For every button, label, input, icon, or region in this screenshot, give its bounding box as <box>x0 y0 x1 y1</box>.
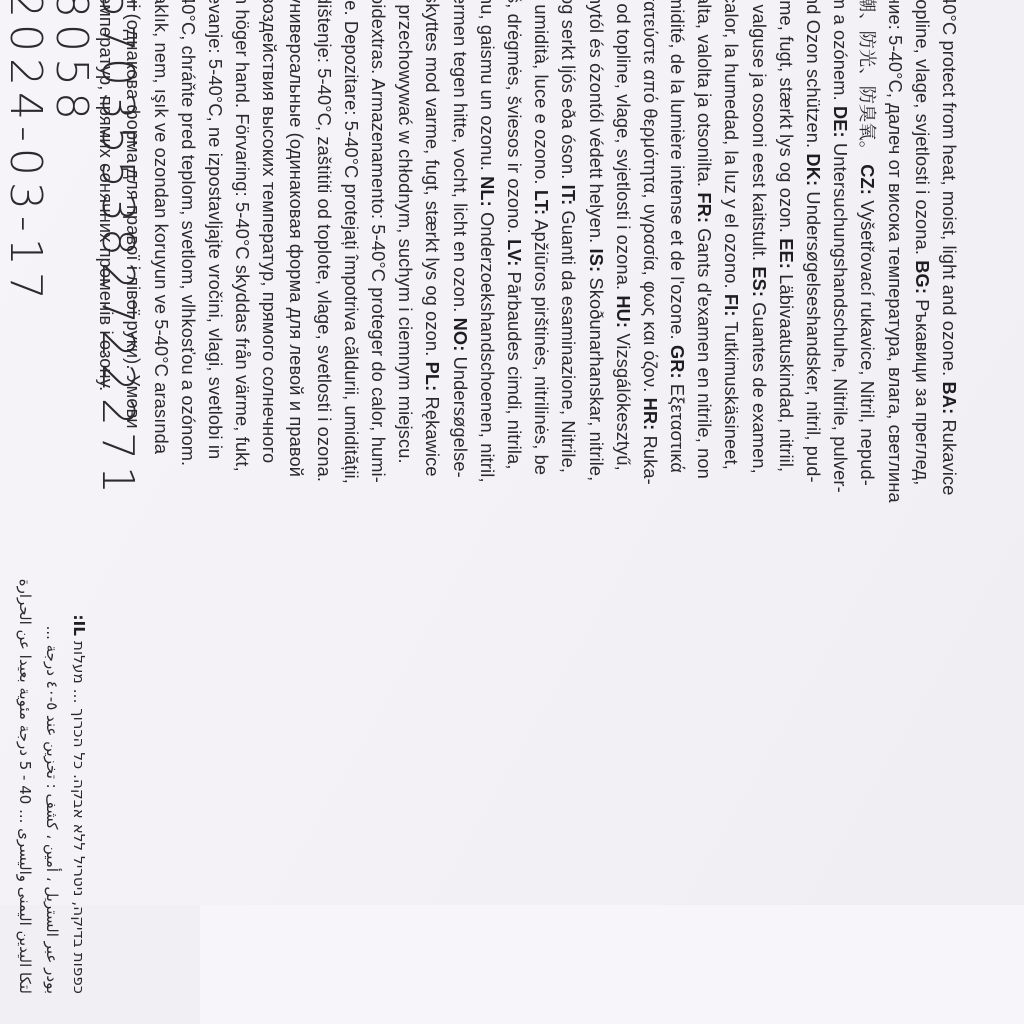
text-segment: Vyšetřovací rukavice, Nitril, nepud- <box>857 195 877 486</box>
text-segment: Vizsgálókesztyű, <box>613 328 633 471</box>
text-segment: ние: 5-40°C, далеч от висока температура… <box>885 0 905 503</box>
text-segment: oidextras. Armazenamento: 5-40°C protege… <box>368 0 388 483</box>
text-segment: calor, la humedad, la luz y el ozono. <box>722 0 742 294</box>
language-code-label: BG: <box>912 260 932 294</box>
text-line: og serkt ljós eða óson. IT: Guanti da es… <box>554 0 581 994</box>
text-segment: 潮、防光、防臭氧。 <box>857 0 877 164</box>
text-segment: Ruka- <box>640 430 660 484</box>
multilingual-instructions-paragraph: 40°C protect from heat, moist, light and… <box>10 0 962 994</box>
text-line: 潮、防光、防臭氧。 CZ: Vyšetřovací rukavice, Nitr… <box>853 0 880 994</box>
language-code-label: HU: <box>613 295 633 328</box>
language-code-label: NO: <box>450 318 470 352</box>
language-code-label: LT: <box>531 190 551 215</box>
text-segment: nytól és ózontól védett helyen. <box>586 0 606 249</box>
text-segment: Guantes de examen, <box>749 297 769 474</box>
language-code-label: GR: <box>667 345 687 379</box>
date-code: 2024-03-17 <box>2 0 48 790</box>
text-line: oidextras. Armazenamento: 5-40°C protege… <box>364 0 391 994</box>
language-code-label: CZ: <box>857 164 877 195</box>
language-code-label: FI: <box>722 294 742 317</box>
language-code-label: PL: <box>422 362 442 392</box>
text-segment: Undersøgelse- <box>450 351 470 477</box>
text-line: ermen tegen hitte, vocht, licht en ozon.… <box>445 0 472 994</box>
language-code-label: IS: <box>586 249 606 273</box>
text-segment: Skoðunarhanskar, nitrile, <box>586 272 606 481</box>
text-segment: , valguse ja osooni eest kaitstult. <box>749 0 769 266</box>
text-line: rme, fugt, stærkt lys og ozon. EE: Läbiv… <box>772 0 799 994</box>
text-segment: ermen tegen hitte, vocht, licht en ozon. <box>450 0 470 318</box>
text-segment: Rukavice <box>939 414 959 495</box>
text-line: воздействия высоких температур, прямого … <box>255 0 282 994</box>
text-segment: Apžiūros pirštinės, nitrilinės, be <box>531 215 551 475</box>
text-segment: aklık, nem, ışık ve ozondan koruyun ve 5… <box>151 0 171 454</box>
text-segment: , umidità, luce e ozono. <box>531 0 551 190</box>
text-segment: Εξεταστικά <box>667 379 687 473</box>
text-line: aklık, nem, ışık ve ozondan koruyun ve 5… <box>146 0 173 994</box>
text-line: i od topline, vlage, svjetlosti i ozona.… <box>609 0 636 994</box>
text-segment: 40°C protect from heat, moist, light and… <box>939 0 959 382</box>
text-segment: универсальные (одинаковая форма для лево… <box>287 0 307 477</box>
text-segment: nd Ozon schützen. <box>803 0 823 153</box>
text-line: š, drėgmės, šviesos ir ozono. LV: Pārbau… <box>500 0 527 994</box>
text-line: n höger hand. Förvaring: 5-40°C skyddas … <box>228 0 255 994</box>
text-line: , valguse ja osooni eest kaitstult. ES: … <box>745 0 772 994</box>
text-segment: воздействия высоких температур, прямого … <box>259 0 279 463</box>
text-line: nd Ozon schützen. DK: Undersøgelseshands… <box>799 0 826 994</box>
text-segment: Rękawice <box>422 391 442 476</box>
text-line: dištenje: 5-40°C, zaštititi od toplote, … <box>310 0 337 994</box>
text-line: re. Depozitare: 5-40°C protejați împotri… <box>337 0 364 994</box>
text-segment: topline, vlage, svjetlosti i ozona. <box>912 0 932 260</box>
text-line: m a ozónem. DE: Untersuchungshandschuhe,… <box>826 0 853 994</box>
language-code-label: LV: <box>504 239 524 266</box>
language-code-label: BA: <box>939 382 959 415</box>
text-segment: Tutkimuskäsineet, <box>722 317 742 470</box>
lot-number: 8058 <box>48 0 94 790</box>
text-line: evanje: 5-40°C, ne izpostavljajte vročin… <box>201 0 228 994</box>
text-segment: Pārbaudes cimdi, nitrila, <box>504 266 524 469</box>
language-code-label: ES: <box>749 266 769 297</box>
text-segment: Ръкавици за преглед, <box>912 294 932 485</box>
text-segment: τατεύστε από θερμότητα, υγρασία, φως και… <box>640 0 660 398</box>
text-segment: n höger hand. Förvaring: 5-40°C skyddas … <box>232 0 252 472</box>
text-segment: skyttes mod varme, fugt, stærkt lys og o… <box>422 0 442 362</box>
text-segment: evanje: 5-40°C, ne izpostavljajte vročin… <box>205 0 225 459</box>
text-segment: nu, gaismu un ozonu. <box>477 0 497 176</box>
text-line: alta, valolta ja otsonilta. FR: Gants d'… <box>690 0 717 994</box>
text-segment: š, drėgmės, šviesos ir ozono. <box>504 0 524 239</box>
text-segment: m a ozónem. <box>830 0 850 106</box>
text-segment: i od topline, vlage, svjetlosti i ozona. <box>613 0 633 295</box>
text-line: topline, vlage, svjetlosti i ozona. BG: … <box>908 0 935 994</box>
language-code-label: FR: <box>694 192 714 223</box>
text-segment: Undersøgelseshandsker, nitril, pud- <box>803 186 823 483</box>
text-segment: re. Depozitare: 5-40°C protejați împotri… <box>341 0 361 484</box>
text-segment: 40°C, chráňte pred teplom, svetlom, vlhk… <box>178 0 198 466</box>
text-line: nu, gaismu un ozonu. NL: Onderzoekshands… <box>473 0 500 994</box>
text-segment: midité, de la lumière intense et de l'oz… <box>667 0 687 345</box>
text-line: 40°C, chráňte pred teplom, svetlom, vlhk… <box>174 0 201 994</box>
text-segment: alta, valolta ja otsonilta. <box>694 0 714 192</box>
text-line: , umidità, luce e ozono. LT: Apžiūros pi… <box>527 0 554 994</box>
language-code-label: NL: <box>477 176 497 207</box>
text-line: midité, de la lumière intense et de l'oz… <box>663 0 690 994</box>
text-segment: Onderzoekshandschoenen, nitril, <box>477 207 497 483</box>
language-code-label: IT: <box>558 185 578 206</box>
text-line: универсальные (одинаковая форма для лево… <box>282 0 309 994</box>
text-segment: Untersuchungshandschuhe, Nitrile, pulver… <box>830 138 850 493</box>
text-line: calor, la humedad, la luz y el ozono. FI… <box>717 0 744 994</box>
text-segment: Guanti da esaminazione, Nitrile, <box>558 205 578 473</box>
language-code-label: DK: <box>803 153 823 186</box>
text-line: τατεύστε από θερμότητα, υγρασία, φως και… <box>636 0 663 994</box>
text-segment: rme, fugt, stærkt lys og ozon. <box>776 0 796 238</box>
language-code-label: HR: <box>640 398 660 431</box>
text-line: , przechowywać w chłodnym, suchym i ciem… <box>391 0 418 994</box>
text-segment: , przechowywać w chłodnym, suchym i ciem… <box>395 0 415 464</box>
text-segment: Gants d'examen en nitrile, non <box>694 223 714 479</box>
text-segment: dištenje: 5-40°C, zaštititi od toplote, … <box>314 0 334 482</box>
text-line: nytól és ózontól védett helyen. IS: Skoð… <box>581 0 608 994</box>
language-code-label: EE: <box>776 238 796 269</box>
text-line: ние: 5-40°C, далеч от висока температура… <box>880 0 907 994</box>
text-segment: og serkt ljós eða óson. <box>558 0 578 185</box>
text-line: 40°C protect from heat, moist, light and… <box>935 0 962 994</box>
barcode-number: 570355382722271 <box>94 0 140 790</box>
product-codes: 570355382722271 8058 2024-03-17 <box>2 0 140 790</box>
text-segment: Läbivaatuskindad, nitriil, <box>776 269 796 472</box>
language-code-label: DE: <box>830 106 850 138</box>
text-line: skyttes mod varme, fugt, stærkt lys og o… <box>418 0 445 994</box>
